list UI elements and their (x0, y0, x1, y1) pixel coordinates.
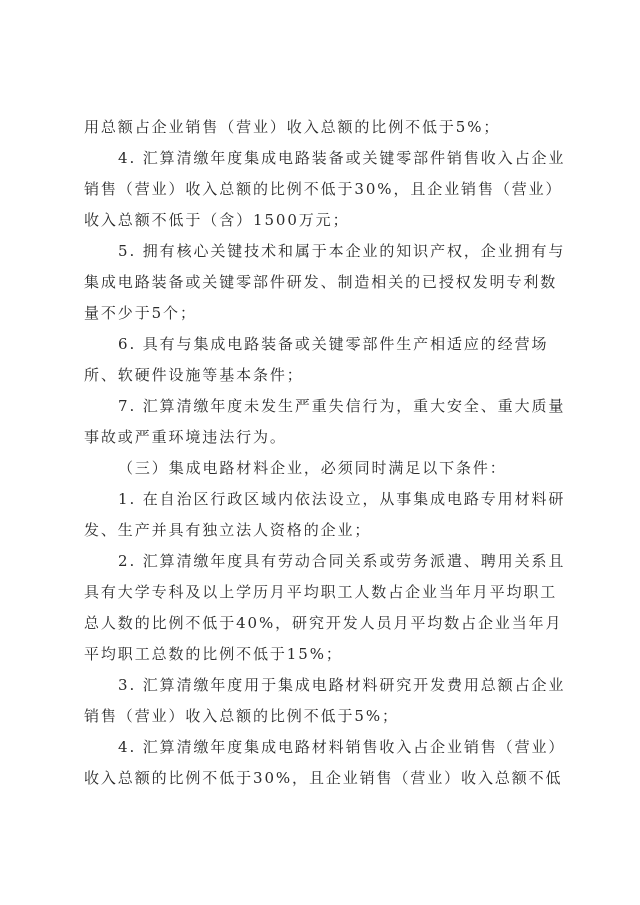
paragraph-line-item-1: 1. 在自治区行政区域内依法设立，从事集成电路专用材料研 (84, 484, 562, 515)
paragraph-line: 收入总额的比例不低于30%，且企业销售（营业）收入总额不低 (84, 763, 562, 794)
paragraph-line: 销售（营业）收入总额的比例不低于5%； (84, 701, 562, 732)
section-heading-3: （三）集成电路材料企业，必须同时满足以下条件： (84, 453, 562, 484)
document-page: 用总额占企业销售（营业）收入总额的比例不低于5%； 4. 汇算清缴年度集成电路装… (0, 0, 640, 905)
paragraph-line: 销售（营业）收入总额的比例不低于30%，且企业销售（营业） (84, 174, 562, 205)
paragraph-line-item-4: 4. 汇算清缴年度集成电路装备或关键零部件销售收入占企业 (84, 143, 562, 174)
paragraph-line: 用总额占企业销售（营业）收入总额的比例不低于5%； (84, 112, 562, 143)
paragraph-line: 事故或严重环境违法行为。 (84, 422, 562, 453)
document-body: 用总额占企业销售（营业）收入总额的比例不低于5%； 4. 汇算清缴年度集成电路装… (84, 112, 562, 794)
paragraph-line-item-3: 3. 汇算清缴年度用于集成电路材料研究开发费用总额占企业 (84, 670, 562, 701)
paragraph-line-item-7: 7. 汇算清缴年度未发生严重失信行为，重大安全、重大质量 (84, 391, 562, 422)
paragraph-line-item-6: 6. 具有与集成电路装备或关键零部件生产相适应的经营场 (84, 329, 562, 360)
paragraph-line: 平均职工总数的比例不低于15%； (84, 639, 562, 670)
paragraph-line-item-4b: 4. 汇算清缴年度集成电路材料销售收入占企业销售（营业） (84, 732, 562, 763)
paragraph-line: 集成电路装备或关键零部件研发、制造相关的已授权发明专利数 (84, 267, 562, 298)
paragraph-line: 发、生产并具有独立法人资格的企业； (84, 515, 562, 546)
paragraph-line: 收入总额不低于（含）1500万元； (84, 205, 562, 236)
paragraph-line: 量不少于5个； (84, 298, 562, 329)
paragraph-line: 所、软硬件设施等基本条件； (84, 360, 562, 391)
paragraph-line-item-5: 5. 拥有核心关键技术和属于本企业的知识产权，企业拥有与 (84, 236, 562, 267)
paragraph-line: 具有大学专科及以上学历月平均职工人数占企业当年月平均职工 (84, 577, 562, 608)
paragraph-line: 总人数的比例不低于40%，研究开发人员月平均数占企业当年月 (84, 608, 562, 639)
paragraph-line-item-2: 2. 汇算清缴年度具有劳动合同关系或劳务派遣、聘用关系且 (84, 546, 562, 577)
